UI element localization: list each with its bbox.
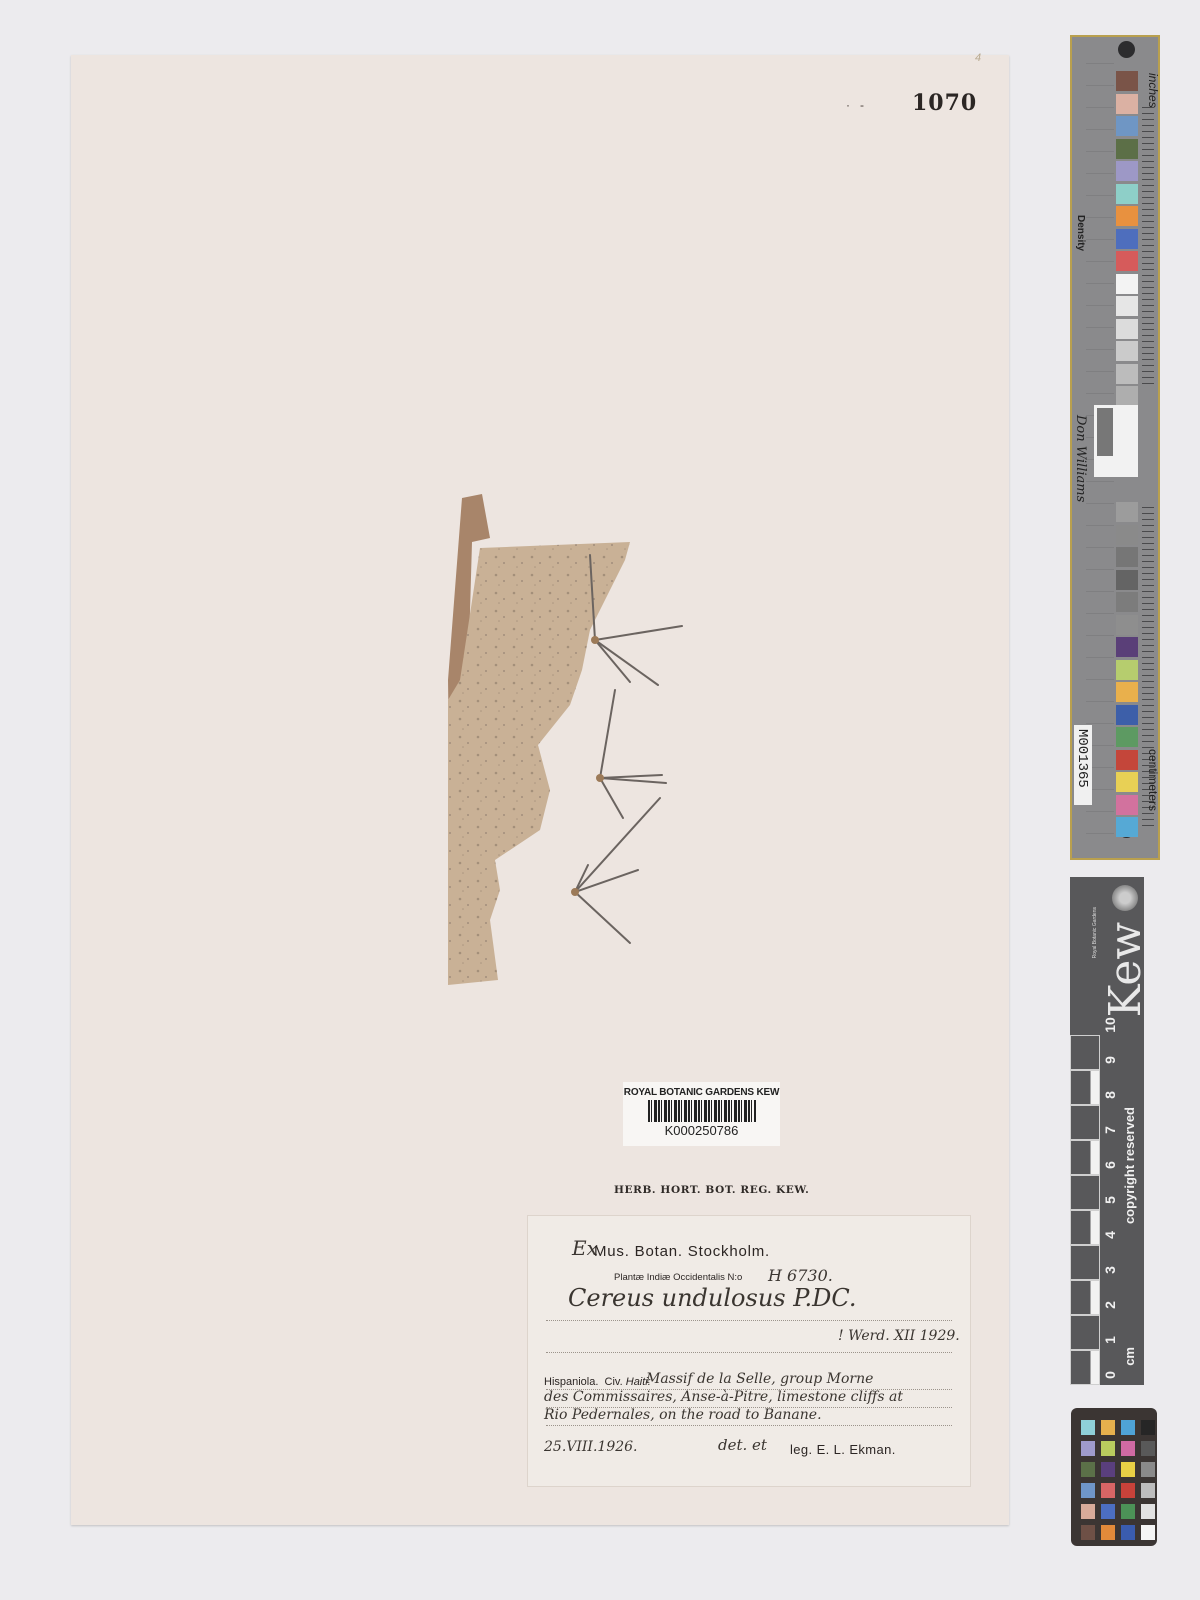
taxon-name: Cereus undulosus P.DC. <box>568 1284 857 1312</box>
color-swatch <box>1116 727 1138 747</box>
color-swatch <box>1101 1441 1115 1456</box>
scale-segment <box>1070 1105 1100 1140</box>
color-swatch <box>1116 615 1138 635</box>
color-swatch <box>1121 1441 1135 1456</box>
bar-id: M001365 <box>1074 729 1090 788</box>
scale-segment <box>1070 1210 1100 1245</box>
color-swatch <box>1116 71 1138 91</box>
series-label: Plantæ Indiæ Occidentalis N:o <box>614 1272 742 1283</box>
scale-segment <box>1070 1035 1100 1070</box>
sheet-marks: · - <box>846 98 864 112</box>
color-swatch <box>1141 1525 1155 1540</box>
scale-segment <box>1070 1245 1100 1280</box>
color-swatch <box>1116 251 1138 271</box>
color-swatch <box>1116 161 1138 181</box>
color-swatch <box>1116 525 1138 545</box>
color-swatch <box>1116 206 1138 226</box>
herbarium-stamp: HERB. HORT. BOT. REG. KEW. <box>614 1184 809 1196</box>
scale-tick-label: 5 <box>1102 1190 1118 1210</box>
color-swatch <box>1116 139 1138 159</box>
barcode-title: ROYAL BOTANIC GARDENS KEW <box>623 1087 780 1098</box>
color-swatch <box>1101 1420 1115 1435</box>
color-swatch <box>1141 1504 1155 1519</box>
swatches-top <box>1116 71 1138 409</box>
collection-number: H 6730. <box>768 1266 833 1285</box>
kew-subtitle: Royal Botanic Gardens <box>1092 907 1098 958</box>
scale-tick-label: 4 <box>1102 1225 1118 1245</box>
color-swatch <box>1116 364 1138 384</box>
color-swatch <box>1116 795 1138 815</box>
locality-island: Hispaniola. <box>544 1376 598 1388</box>
determination: ! Werd. XII 1929. <box>838 1328 960 1344</box>
color-swatch <box>1121 1504 1135 1519</box>
color-swatch <box>1116 502 1138 522</box>
scale-tick-label: 3 <box>1102 1260 1118 1280</box>
collection-date: 25.VIII.1926. <box>544 1439 638 1455</box>
color-swatch <box>1141 1441 1155 1456</box>
mount-hole <box>1118 41 1135 58</box>
scale-tick-label: 1 <box>1102 1330 1118 1350</box>
inch-scale <box>1142 107 1154 387</box>
color-swatch <box>1116 547 1138 567</box>
bar-id-label: M001365 <box>1074 725 1092 805</box>
color-checker-card <box>1071 1408 1157 1546</box>
scale-segment <box>1070 1175 1100 1210</box>
color-swatch <box>1081 1504 1095 1519</box>
locality-prefix: Hispaniola. Civ. Haiti: <box>544 1376 651 1388</box>
color-swatch <box>1116 772 1138 792</box>
locality-civ: Civ. <box>605 1376 623 1388</box>
accession-number: 1070 <box>912 90 977 116</box>
color-swatch <box>1081 1525 1095 1540</box>
corner-mark: 4 <box>975 52 981 64</box>
scale-segment <box>1070 1070 1100 1105</box>
swatches-bottom <box>1116 502 1138 840</box>
centimeters-label: centimeters <box>1146 749 1160 811</box>
color-swatch <box>1101 1483 1115 1498</box>
color-swatch <box>1116 184 1138 204</box>
divider <box>546 1425 952 1426</box>
inches-label: inches <box>1146 73 1160 108</box>
color-swatch <box>1081 1462 1095 1477</box>
color-swatch <box>1081 1441 1095 1456</box>
kew-scale-bar: Royal Botanic Gardens Kew 012345678910 c… <box>1070 877 1144 1385</box>
color-swatch <box>1101 1525 1115 1540</box>
brand-label: Don Williams <box>1073 415 1088 502</box>
locality-line-2: des Commissaires, Anse-à-Pitre, limeston… <box>544 1389 903 1405</box>
collection-label: Ex Mus. Botan. Stockholm. Plantæ Indiæ O… <box>527 1215 971 1487</box>
barcode-number: K000250786 <box>623 1123 780 1138</box>
cactus-specimen <box>420 480 700 1000</box>
color-swatch <box>1141 1420 1155 1435</box>
color-swatch <box>1116 705 1138 725</box>
copyright-label: copyright reserved <box>1122 1107 1137 1224</box>
color-swatch <box>1121 1462 1135 1477</box>
scale-tick-label: 6 <box>1102 1155 1118 1175</box>
color-swatch <box>1116 682 1138 702</box>
color-swatch <box>1121 1483 1135 1498</box>
scale-tick-label: 2 <box>1102 1295 1118 1315</box>
color-swatch <box>1116 229 1138 249</box>
scale-tick-label: 9 <box>1102 1050 1118 1070</box>
color-swatch <box>1116 341 1138 361</box>
color-swatch <box>1141 1462 1155 1477</box>
color-swatch <box>1141 1483 1155 1498</box>
barcode <box>648 1100 756 1122</box>
color-swatch <box>1116 386 1138 406</box>
color-swatch <box>1081 1420 1095 1435</box>
color-swatch <box>1116 817 1138 837</box>
color-swatch <box>1081 1483 1095 1498</box>
color-swatch <box>1101 1462 1115 1477</box>
color-swatch <box>1121 1420 1135 1435</box>
color-swatch <box>1116 570 1138 590</box>
checker-chips <box>1081 1420 1155 1540</box>
scale-segment <box>1070 1350 1100 1385</box>
color-swatch <box>1116 296 1138 316</box>
scale-tick-label: 0 <box>1102 1365 1118 1385</box>
institution: Mus. Botan. Stockholm. <box>594 1243 770 1260</box>
color-swatch <box>1121 1525 1135 1540</box>
color-swatch <box>1116 274 1138 294</box>
scale-segment <box>1070 1140 1100 1175</box>
scale-tick-label: 7 <box>1102 1120 1118 1140</box>
color-swatch <box>1101 1504 1115 1519</box>
color-swatch <box>1116 637 1138 657</box>
color-calibration-bar: inches centimeters Density Don Williams … <box>1070 35 1160 860</box>
kew-crest-icon <box>1112 885 1138 911</box>
collector: leg. E. L. Ekman. <box>790 1442 896 1457</box>
divider <box>546 1352 952 1353</box>
barcode-label: ROYAL BOTANIC GARDENS KEW K000250786 <box>623 1082 780 1146</box>
cm-scale: 012345678910 <box>1070 1017 1102 1385</box>
color-swatch <box>1116 319 1138 339</box>
color-swatch <box>1116 116 1138 136</box>
divider <box>546 1320 952 1321</box>
color-swatch <box>1116 592 1138 612</box>
color-swatch <box>1116 660 1138 680</box>
unit-label: cm <box>1122 1347 1137 1366</box>
det-note: det. et <box>718 1436 767 1454</box>
density-label: Density <box>1075 215 1086 251</box>
color-swatch <box>1116 750 1138 770</box>
scale-segment <box>1070 1280 1100 1315</box>
scale-segment <box>1070 1315 1100 1350</box>
kew-logo: Kew <box>1100 922 1151 1017</box>
scale-tick-label: 8 <box>1102 1085 1118 1105</box>
locality-line-3: Rio Pedernales, on the road to Banane. <box>544 1407 822 1423</box>
locality-line-1: Massif de la Selle, group Morne <box>646 1371 873 1387</box>
resolution-target <box>1094 405 1138 477</box>
color-swatch <box>1116 94 1138 114</box>
scale-tick-label: 10 <box>1102 1015 1118 1035</box>
